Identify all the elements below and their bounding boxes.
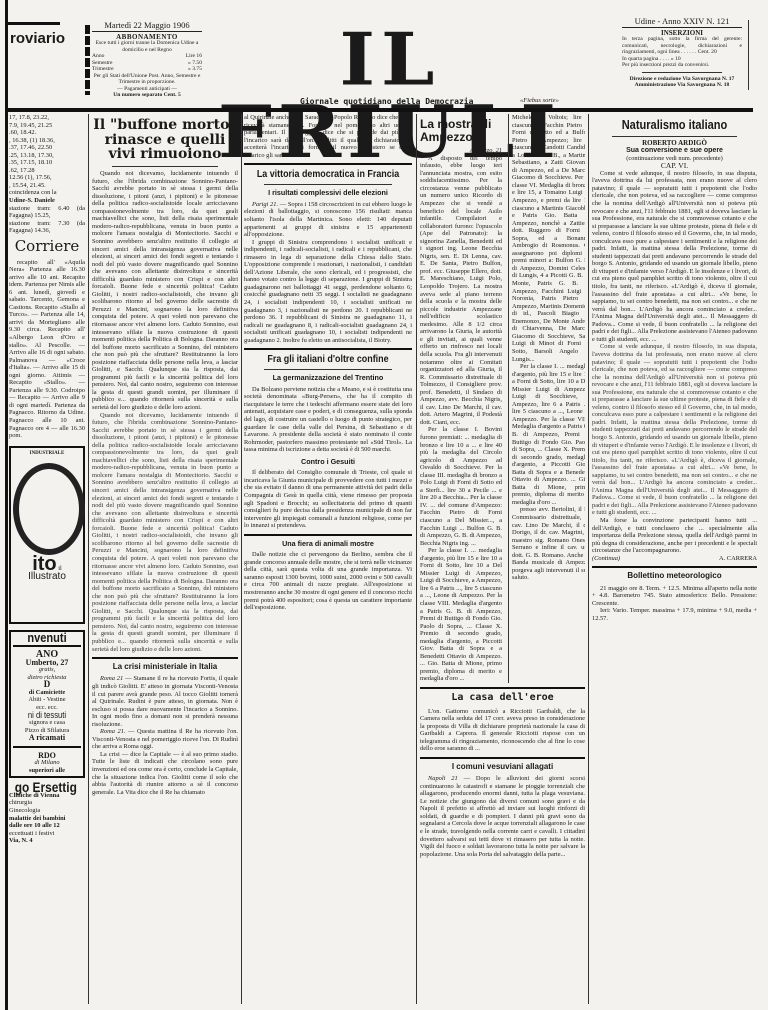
- article-body: A disposto del tempo infausto, ebbe luog…: [420, 155, 502, 427]
- ad-top-text: INDUSTRIALE: [13, 450, 81, 458]
- column-separator: [88, 114, 89, 1004]
- continues-label: (Continua): [592, 555, 620, 563]
- article-body: Il deliberato del Consiglio comunale di …: [244, 469, 412, 529]
- article-headline: Una fiera di animali mostre: [244, 540, 412, 548]
- divider: [612, 136, 737, 137]
- subscription-intro: Esce tutti i giorni tranne la Domenica U…: [92, 40, 202, 53]
- time-line: coincidenza con la: [9, 189, 85, 197]
- ad-heading: nvenuti: [18, 634, 76, 642]
- article-body: Michele di Voltois; lire 7 ciascuno a Fa…: [512, 114, 585, 363]
- column-separator: [241, 114, 242, 1004]
- section-rule: [244, 163, 412, 165]
- subcolumn-left: La mostra di Ampezzo Ampezzo, 21 A dispo…: [420, 114, 502, 683]
- tram-line: stazione tram: 7.30 (da Fagagna) 14.36,: [9, 220, 85, 235]
- insertions-text: In terza pagina, sotto la firma del gere…: [622, 36, 742, 56]
- article-paragraph: Roma 21 — Stamane il re ha ricevuto Fort…: [92, 675, 238, 728]
- rail-rule: [8, 22, 60, 25]
- divider: [264, 184, 392, 185]
- article-headline: La crisi ministeriale in Italia: [92, 663, 238, 671]
- article-body: L'on. Gattorno comunicò a Ricciotti Gari…: [420, 708, 585, 753]
- doctor-line: eccettuati i festivi: [9, 830, 85, 838]
- article-paragraph: I gruppi di Sinistra comprendono i socia…: [244, 239, 412, 345]
- ad-line: RDO: [13, 752, 81, 760]
- ad-line: Abiti - Vestine: [13, 696, 81, 704]
- article-body: Per la classe I. ... medaglia d'argento,…: [512, 363, 585, 506]
- article-body: Quando noi dicevamo, lucidamente intuend…: [92, 170, 238, 412]
- column-separator: [588, 114, 589, 1004]
- left-margin-rule: [5, 0, 8, 1010]
- single-copy-price: Un numero separato Cent. 5: [92, 92, 202, 99]
- doctor-name: go Ersettig: [15, 784, 80, 792]
- section-rule: [420, 687, 585, 689]
- article-subheading: La germanizzazione del Trentino: [244, 374, 412, 382]
- weather-body: 21 maggio ore 8. Term. + 12.5. Minima al…: [592, 585, 757, 608]
- article-headline: I comuni vesuviani allagati: [420, 763, 585, 771]
- railway-heading: roviario: [10, 30, 65, 47]
- paragraph-text: — Dopo le alluvioni dei giorni scorsi co…: [420, 775, 585, 857]
- row-value: » 3.75: [188, 66, 202, 73]
- masthead: roviario Martedì 22 Maggio 1906 ABBONAME…: [0, 0, 768, 104]
- newspaper-motto: «Fiebus sorte»: [520, 97, 559, 104]
- chapter-label: CAP. VI.: [592, 162, 757, 170]
- article-subheading: Contro i Gesuiti: [244, 458, 412, 466]
- column-politics: Il "buffone morto" rinasce e quelli vivi…: [92, 114, 238, 1004]
- ad-benvenuti: nvenuti ANO Umberto, 27 gratis, dietro r…: [9, 630, 85, 779]
- article-headline: Naturalismo italiano: [604, 118, 744, 132]
- article-paragraph: Parigi 21. — Sopra i 158 circoscrizioni …: [244, 201, 412, 239]
- article-paragraph: La crisi — dice la Capitale — è al suo p…: [92, 751, 238, 796]
- ad-illustrato: INDUSTRIALE ito il Illustrato: [9, 446, 85, 624]
- two-subcolumns: La mostra di Ampezzo Ampezzo, 21 A dispo…: [420, 114, 585, 683]
- column-timetable-ads: 17, 17.8, 23.22, 7.9, 19.45, 21.25 .60, …: [9, 114, 85, 1004]
- ad-bottom-text: Illustrato: [13, 573, 81, 581]
- divider: [264, 369, 392, 370]
- article-body: Dalle notizie che ci pervengono da Berli…: [244, 551, 412, 611]
- article-body: Da Bolzano perviene notizia che a Meano,…: [244, 386, 412, 454]
- tram-line: stazione tram: 6.40 (da Fagagna) 15.25,: [9, 205, 85, 220]
- dateline: Ampezzo, 21: [420, 147, 502, 155]
- doctor-line: Ginecologia: [9, 807, 85, 815]
- article-headline: La mostra di Ampezzo: [420, 118, 502, 143]
- section-rule: [244, 534, 412, 536]
- paragraph-text: — Stamane il re ha ricevuto Fortis, il q…: [92, 675, 238, 727]
- corriere-heading: Corriere: [9, 239, 85, 255]
- subscription-box: Martedì 22 Maggio 1906 ABBONAMENTO Esce …: [92, 22, 202, 99]
- time-line: 7.9, 19.45, 21.25: [9, 122, 85, 130]
- dateline: Roma 21: [100, 675, 123, 682]
- author-signature: A. CARRERA: [719, 555, 757, 563]
- section-rule: [92, 657, 238, 659]
- article-headline: La casa dell'eroe: [420, 693, 585, 704]
- dateline: Roma 21: [100, 728, 124, 735]
- article-body: Ma forse la convinzione partecipanti han…: [592, 517, 757, 555]
- ad-line: di Camiciette: [13, 689, 81, 697]
- row-label: Trimestre: [92, 66, 114, 73]
- section-rule: [244, 348, 412, 350]
- section-rule: [592, 566, 757, 568]
- article-subheading: Sua conversione e sue opere: [592, 147, 757, 155]
- decorative-vertical-bar: [85, 25, 90, 95]
- column-feuilleton: Naturalismo italiano ROBERTO ARDIGÒ Sua …: [592, 114, 757, 1004]
- ad-line: superiori alle: [13, 767, 81, 775]
- time-line: .62, 17.28: [9, 167, 85, 175]
- newspaper-page: roviario Martedì 22 Maggio 1906 ABBONAME…: [0, 0, 768, 1010]
- article-headline: La vittoria democratica in Francia: [257, 169, 400, 180]
- doctor-line: Via, N. 4: [9, 837, 85, 845]
- article-headline: Fra gli italiani d'oltre confine: [257, 354, 400, 365]
- dateline: Napoli 21: [428, 775, 458, 782]
- dateline: Parigi 21.: [252, 201, 278, 208]
- time-line: , 16.38, (1) 18.36,: [9, 137, 85, 145]
- issue-number: Udine - Anno XXIV N. 121: [622, 18, 742, 28]
- time-line: 17, 17.8, 23.22,: [9, 114, 85, 122]
- issue-date: Martedì 22 Maggio 1906: [92, 22, 202, 32]
- divider: [13, 746, 81, 748]
- section-rule: [420, 757, 585, 759]
- article-body: Come si vede adunque, il nostro filosofo…: [592, 170, 757, 344]
- subscription-foreign: Per gli Stati dell'Unione Post. Anno, Se…: [92, 73, 202, 86]
- admin-address: Amministrazione Via Savorgnana N. 18: [622, 82, 742, 89]
- article-paragraph: Roma 21. — Questa mattina il Re ha ricev…: [92, 728, 238, 751]
- doctor-line: chirurgia: [9, 799, 85, 807]
- subcolumn-right: Michele di Voltois; lire 7 ciascuno a Fa…: [508, 114, 585, 683]
- insertions-more: Per più inserzioni prezzi da convenirsi.: [622, 62, 742, 69]
- time-line: , 15.54, 21.45.: [9, 182, 85, 190]
- column-ampezzo: La mostra di Ampezzo Ampezzo, 21 A dispo…: [420, 114, 585, 1004]
- article-body: Per la classe I. Bovini furono premiati:…: [420, 426, 502, 547]
- time-line: .35, 17.15, 18.10: [9, 159, 85, 167]
- divider: [642, 72, 722, 73]
- article-body: presso avv. Bertolini, il R. Commissario…: [512, 506, 585, 581]
- weather-yesterday: Ieri: Vario. Temper. massima + 17.9, min…: [592, 607, 757, 622]
- newspaper-subtitle: Giornale quotidiano della Democrazia: [300, 97, 473, 106]
- masthead-rule: [8, 108, 753, 112]
- column-foreign-news: al Quirinale anche l'on. Saracco. Il Pop…: [244, 114, 412, 1004]
- ad-line: signora e casa: [13, 719, 81, 727]
- ad-line: di Milano: [13, 759, 81, 767]
- article-body: al Quirinale anche l'on. Saracco. Il Pop…: [244, 114, 412, 159]
- column-separator: [416, 114, 417, 1004]
- article-body-continued: Quando noi dicevamo, lucidamente intuend…: [92, 412, 238, 654]
- ad-line: gratis,: [13, 666, 81, 674]
- doctor-line: malattie dei bambini: [9, 815, 85, 823]
- ad-line: D: [13, 681, 81, 689]
- signature-row: (Continua) A. CARRERA: [592, 555, 757, 563]
- doctor-line: dalle ore 10 alle 12: [9, 822, 85, 830]
- side-strip: [748, 20, 755, 90]
- corriere-text: recapito all' «Aquila Nera» Partenza all…: [9, 259, 85, 440]
- time-line: .60, 18.42.: [9, 129, 85, 137]
- route-heading: Udine-S. Daniele: [9, 197, 85, 205]
- article-paragraph: Napoli 21 — Dopo le alluvioni dei giorni…: [420, 775, 585, 858]
- ad-emblem-icon: [13, 463, 85, 555]
- time-line: .37, 17.46, 22.50: [9, 144, 85, 152]
- divider: [112, 166, 218, 167]
- divider: [13, 645, 81, 647]
- paragraph-text: I gruppi di Sinistra comprendono i socia…: [244, 239, 412, 344]
- ad-line: ni di tessuti: [18, 712, 76, 720]
- article-subheading: I risultati complessivi delle elezioni: [244, 189, 412, 197]
- time-line: 12.56 (1), 17.56,: [9, 174, 85, 182]
- time-line: .25, 13.18, 17.30,: [9, 152, 85, 160]
- insertions-box: Udine - Anno XXIV N. 121 INSERZIONI In t…: [622, 18, 742, 89]
- article-headline: Il "buffone morto" rinasce e quelli vivi…: [92, 118, 238, 162]
- ad-line: Umberto, 27: [13, 659, 81, 667]
- weather-headline: Bollettino meteorologico: [592, 572, 757, 580]
- paragraph-text: La crisi — dice la Capitale — è al suo p…: [92, 751, 238, 796]
- author-byline: ROBERTO ARDIGÒ: [592, 140, 757, 148]
- article-body-continued: Come si vede adunque, il nostro filosofo…: [592, 343, 757, 517]
- article-body: Per la classe I. ... medaglia d'argento,…: [420, 547, 502, 683]
- ad-line: A ricamati: [13, 734, 81, 742]
